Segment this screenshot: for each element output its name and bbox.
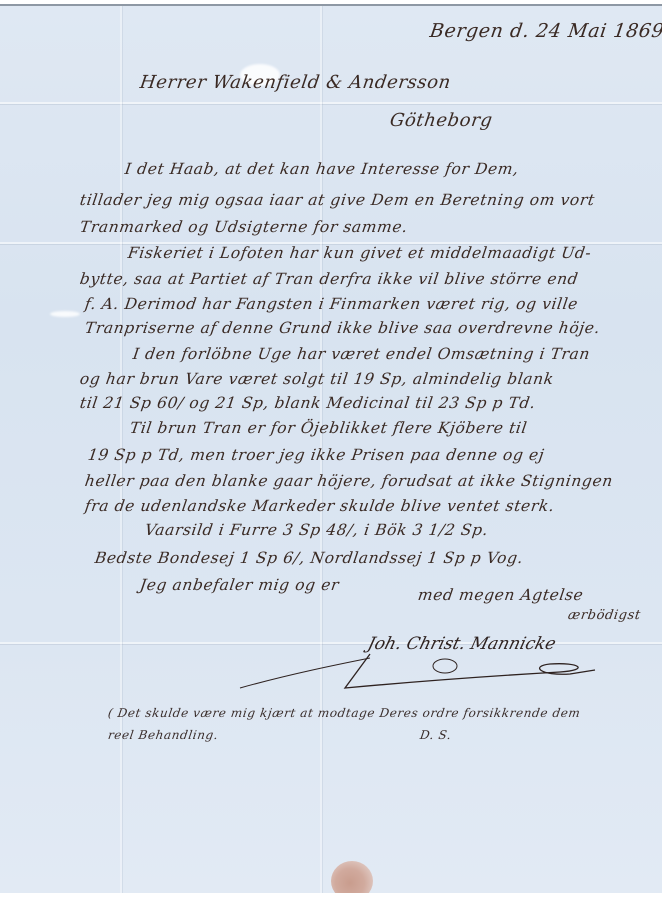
recipient-city: Götheborg [389,110,495,131]
body-line: Bedste Bondesej 1 Sp 6/, Nordlandssej 1 … [94,549,525,567]
recipient-name: Herrer Wakenfield & Andersson [139,72,453,93]
body-line: Tranpriserne af denne Grund ikke blive s… [84,319,602,337]
body-line: I det Haab, at det kan have Interesse fo… [124,160,520,178]
letter-paper: Bergen d. 24 Mai 1869 Herrer Wakenfield … [0,4,662,900]
body-line: tillader jeg mig ogsaa iaar at give Dem … [79,191,596,209]
paper-fold-line [0,642,662,644]
body-line: Fiskeriet i Lofoten har kun givet et mid… [127,244,593,262]
body-line: f. A. Derimod har Fangsten i Finmarken v… [84,295,580,313]
postscript-line: ( Det skulde være mig kjært at modtage D… [107,706,581,720]
body-line: til 21 Sp 60/ og 21 Sp, blank Medicinal … [79,394,537,412]
paper-wear-mark [50,311,80,317]
body-line: Til brun Tran er for Öjeblikket flere Kj… [129,419,529,437]
body-line: 19 Sp p Td, men troer jeg ikke Prisen pa… [87,446,546,464]
body-line: fra de udenlandske Markeder skulde blive… [84,497,556,515]
dateline: Bergen d. 24 Mai 1869 [428,20,662,42]
body-line: og har brun Vare været solgt til 19 Sp, … [79,370,555,388]
closing-line: ærbödigst [567,608,642,623]
signature-flourish [230,646,610,696]
body-line: Tranmarked og Udsigterne for samme. [79,218,409,236]
body-line: I den forlöbne Uge har været endel Omsæt… [132,345,592,363]
body-line: heller paa den blanke gaar höjere, forud… [84,472,614,490]
postscript-line: reel Behandling. [107,728,219,742]
paper-fold-line [0,102,662,104]
body-line: Vaarsild i Furre 3 Sp 48/, i Bök 3 1/2 S… [144,521,490,539]
body-line: bytte, saa at Partiet af Tran derfra ikk… [79,270,580,288]
body-line: Jeg anbefaler mig og er [139,576,341,594]
closing-line: med megen Agtelse [417,586,585,604]
page-edge [0,893,662,900]
postscript-initials: D. S. [419,728,452,742]
